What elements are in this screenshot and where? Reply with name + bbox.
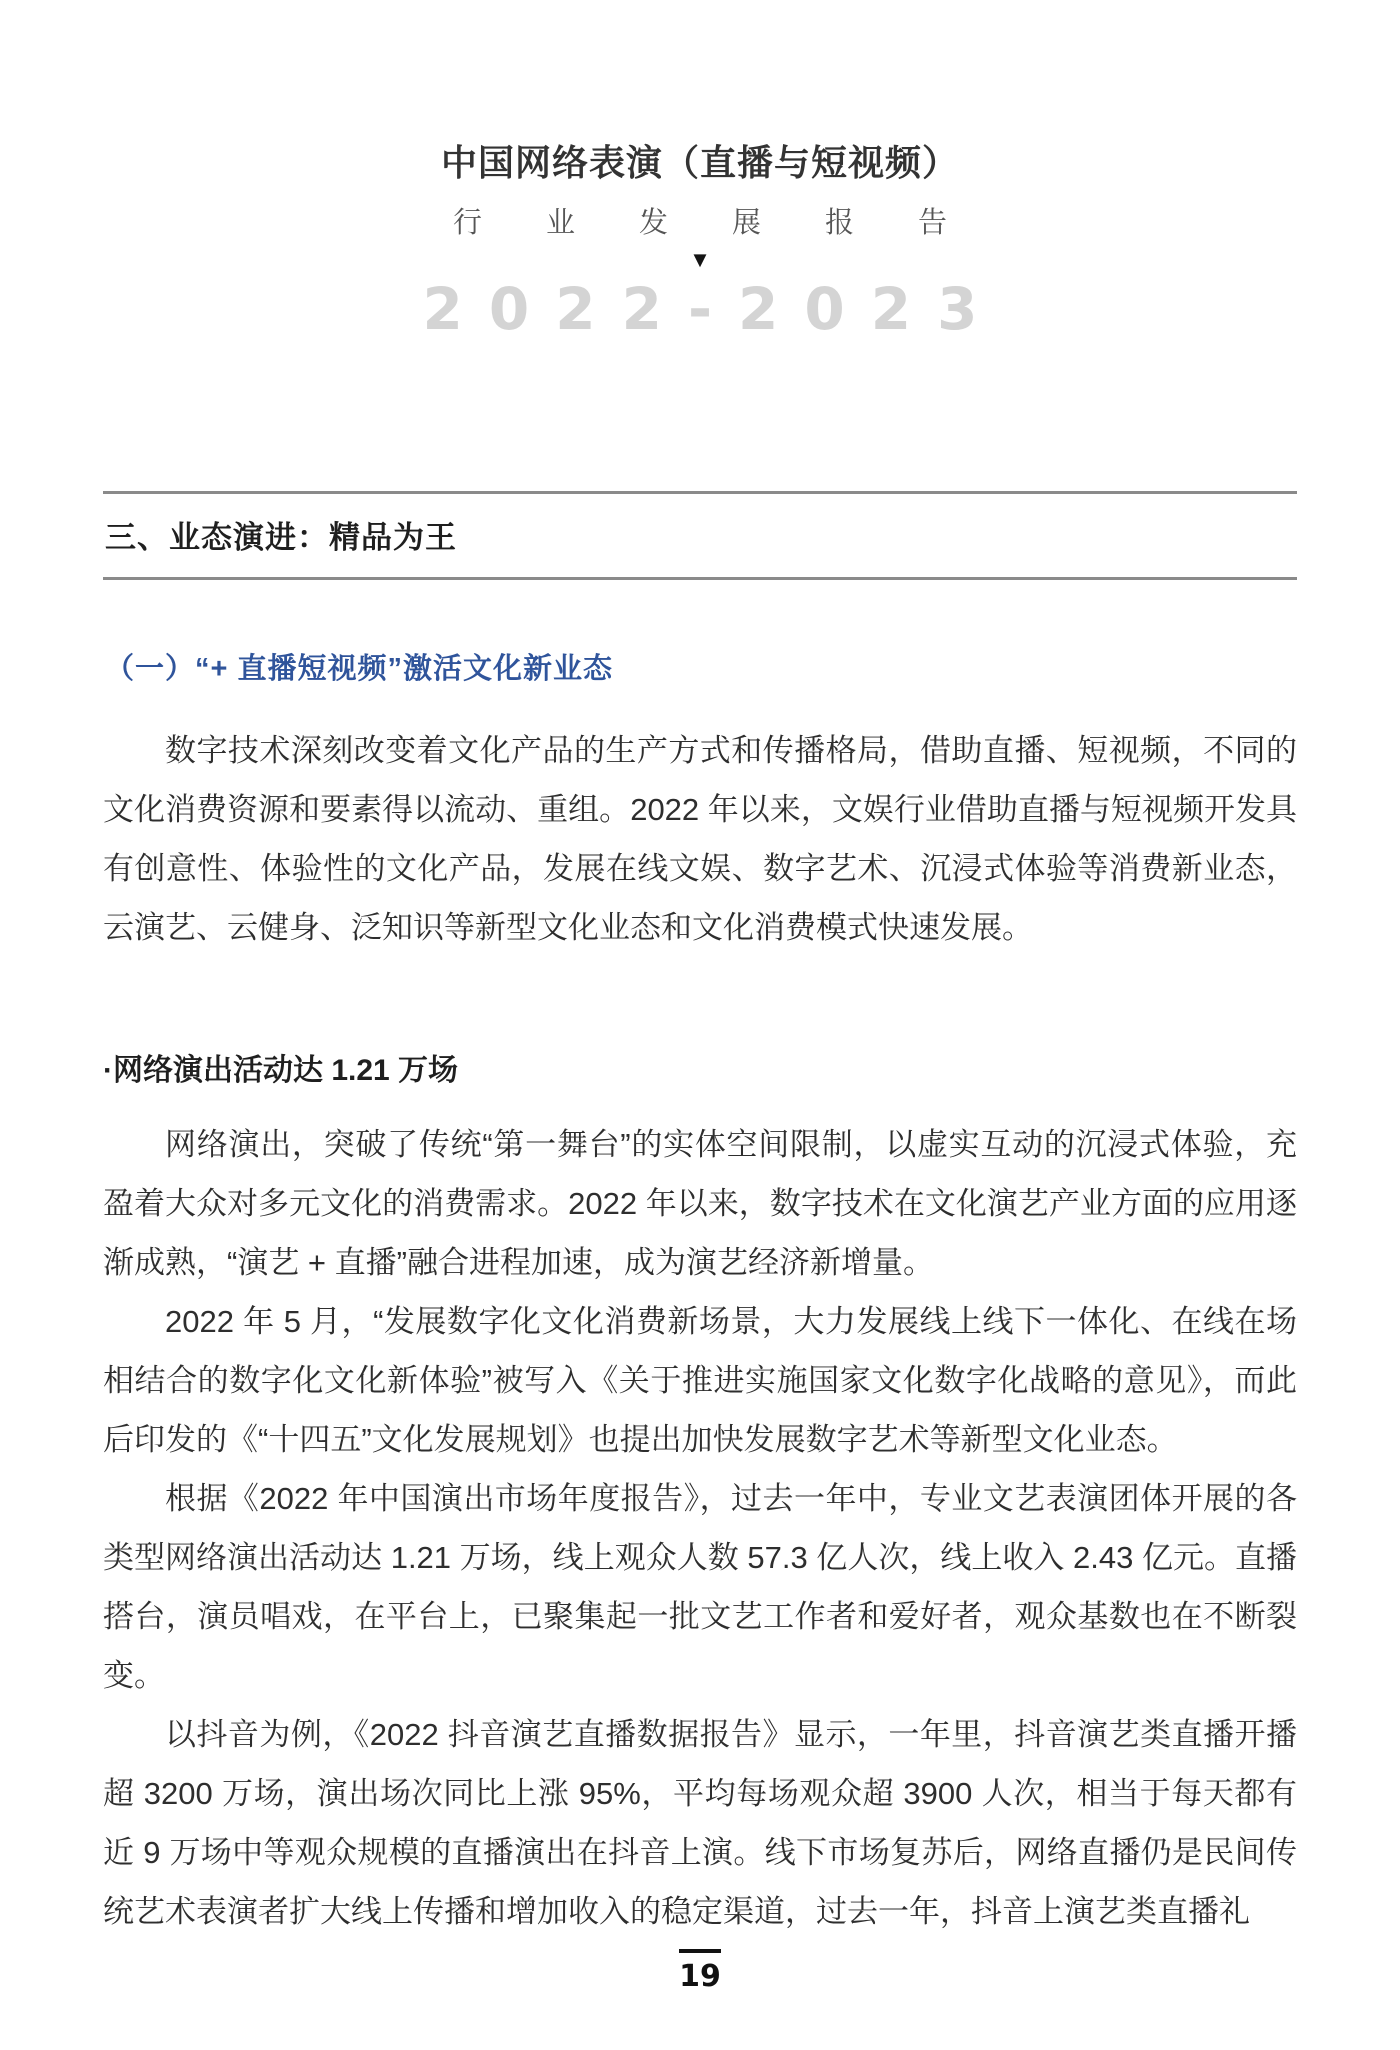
paragraph-douyin-example: 以抖音为例，《2022 抖音演艺直播数据报告》显示，一年里，抖音演艺类直播开播超… [103, 1705, 1297, 1941]
paragraph-online-performance: 网络演出，突破了传统“第一舞台”的实体空间限制，以虚实互动的沉浸式体验，充盈着大… [103, 1115, 1297, 1292]
page-number-rule [679, 1949, 721, 1953]
paragraph-policy-2022: 2022 年 5 月，“发展数字化文化消费新场景，大力发展线上线下一体化、在线在… [103, 1292, 1297, 1469]
paragraph-market-report: 根据《2022 年中国演出市场年度报告》，过去一年中，专业文艺表演团体开展的各类… [103, 1469, 1297, 1705]
section-divider-top [103, 491, 1297, 494]
edition-years: 2022-2023 [423, 275, 1004, 343]
page-number: 19 [679, 1959, 721, 1994]
report-title: 中国网络表演（直播与短视频） [441, 135, 959, 186]
page-footer: 19 [679, 1949, 721, 1994]
section-heading: 三、业态演进：精品为王 [105, 512, 1297, 557]
paragraph-digital-tech: 数字技术深刻改变着文化产品的生产方式和传播格局，借助直播、短视频，不同的文化消费… [103, 721, 1297, 957]
report-header: 中国网络表演（直播与短视频） 行业发展报告 ▼ 2022-2023 [103, 135, 1297, 343]
bullet-heading-online-performances: ·网络演出活动达 1.21 万场 [103, 1045, 1297, 1089]
triangle-down-icon: ▼ [689, 249, 711, 271]
subsection-heading: （一）“+ 直播短视频”激活文化新业态 [105, 646, 1297, 687]
report-page: 中国网络表演（直播与短视频） 行业发展报告 ▼ 2022-2023 三、业态演进… [0, 0, 1400, 2050]
report-subtitle: 行业发展报告 [453, 200, 1011, 241]
section-divider-bottom [103, 577, 1297, 580]
